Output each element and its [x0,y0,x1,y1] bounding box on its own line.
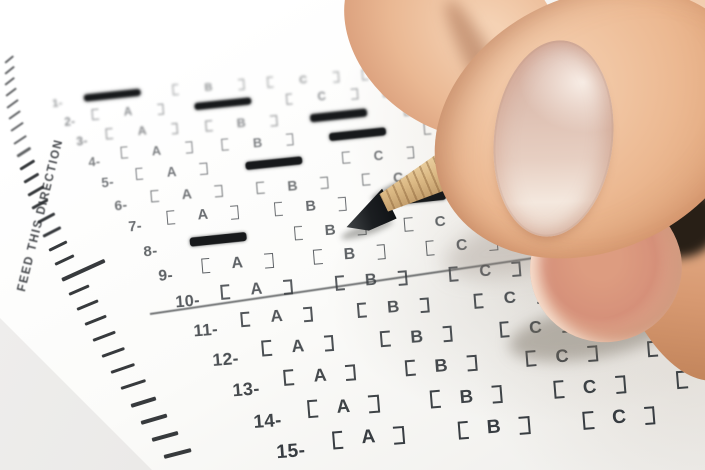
photo-frame: FEED THIS DIRECTION 1-BCD2-ACD3-ABD4-ABD… [0,0,705,470]
